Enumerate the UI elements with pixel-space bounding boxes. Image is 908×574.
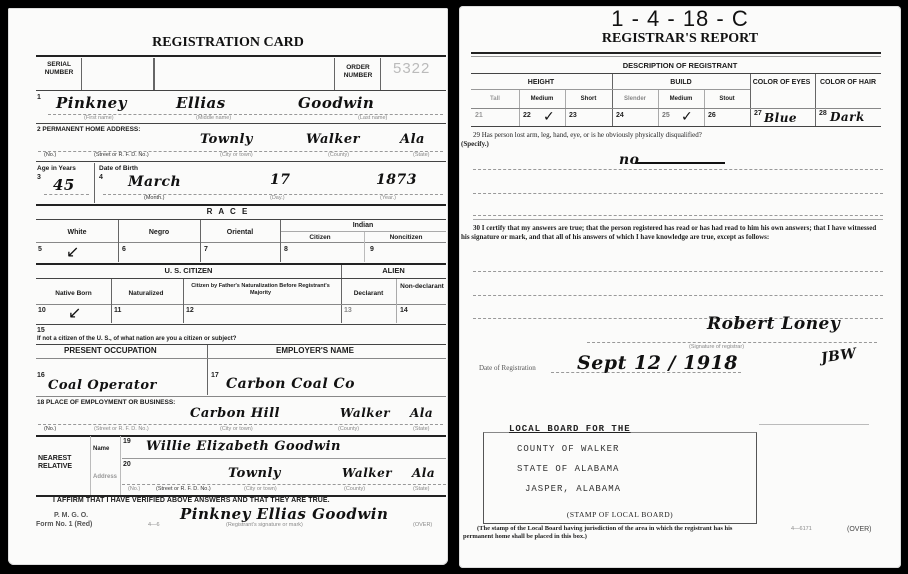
divider: [36, 344, 446, 345]
divider: [36, 435, 446, 437]
registration-card-front: REGISTRATION CARD SERIAL NUMBER ORDER NU…: [8, 8, 448, 565]
form-code: 4—6171: [791, 526, 812, 532]
no-label: (No.): [44, 426, 56, 432]
relative-name-label: Name: [93, 445, 109, 453]
divider: [36, 204, 446, 206]
affirmation-text: I AFFIRM THAT I HAVE VERIFIED ABOVE ANSW…: [53, 497, 330, 505]
field-number: 26: [708, 112, 716, 119]
divider: [36, 242, 446, 243]
year-label: (Year.): [380, 195, 396, 201]
stamp-note: (The stamp of the Local Board having jur…: [463, 525, 763, 541]
field-number: 16: [37, 372, 45, 379]
non-declarant-label: Non-declarant: [398, 283, 446, 291]
field-number: 25: [662, 112, 670, 119]
field-number: 22: [523, 112, 531, 119]
divider: [473, 215, 883, 216]
serial-number-label: SERIAL NUMBER: [38, 61, 80, 77]
registrars-report-title: REGISTRAR'S REPORT: [459, 31, 901, 47]
registrars-report: 1 - 4 - 18 - C REGISTRAR'S REPORT DESCRI…: [459, 6, 901, 568]
relative-address-label: Address: [93, 473, 117, 481]
last-name-value: Goodwin: [298, 94, 374, 112]
field-number: 28: [819, 110, 827, 117]
stamp-line-1: LOCAL BOARD FOR THE: [509, 424, 631, 434]
divider: [200, 220, 201, 262]
permanent-address-label: 2 PERMANENT HOME ADDRESS:: [37, 126, 140, 134]
employer-value: Carbon Coal Co: [226, 376, 355, 392]
registrar-signature-label: (Signature of registrar): [689, 344, 744, 350]
divider: [81, 58, 82, 90]
state-label: (State): [413, 152, 430, 158]
native-born-checkmark: ↙: [68, 303, 81, 322]
race-oriental-label: Oriental: [200, 229, 280, 237]
divider: [36, 123, 446, 124]
alien-title: ALIEN: [341, 267, 446, 275]
hair-color-value: Dark: [830, 110, 865, 124]
relative-name-value: Willie Elizabeth Goodwin: [146, 439, 341, 454]
field-number: 4: [99, 174, 103, 181]
signature-label: (Registrant's signature or mark): [226, 522, 303, 528]
build-label: BUILD: [612, 79, 750, 87]
registrant-signature: Pinkney Ellias Goodwin: [180, 505, 388, 523]
specify-label: (Specify.): [461, 140, 489, 149]
form-code: 4—6: [148, 522, 160, 528]
employment-county-value: Walker: [340, 406, 390, 420]
divider: [111, 279, 112, 323]
build-medium-checkmark: ✓: [681, 109, 693, 125]
divider: [380, 58, 381, 90]
height-tall-label: Tall: [471, 95, 519, 103]
stamp-code: 1 - 4 - 18 - C: [459, 6, 901, 32]
divider: [38, 424, 443, 425]
registrar-initials: JBW: [820, 346, 858, 367]
first-name-label: (First name): [84, 115, 114, 121]
relative-state-value: Ala: [412, 466, 435, 480]
divider: [280, 220, 281, 262]
divider: [118, 220, 119, 262]
hair-color-label: COLOR OF HAIR: [815, 79, 881, 87]
home-city-value: Townly: [200, 132, 253, 147]
relative-city-value: Townly: [228, 466, 281, 481]
race-white-label: White: [36, 229, 118, 237]
description-title: DESCRIPTION OF REGISTRANT: [459, 62, 901, 70]
divider: [471, 126, 881, 127]
birth-month-value: March: [128, 174, 181, 190]
field-number: 3: [37, 174, 41, 181]
employment-city-value: Carbon Hill: [190, 406, 280, 421]
nearest-relative-label: NEAREST RELATIVE: [38, 455, 88, 471]
field-number: 10: [38, 307, 46, 314]
first-name-value: Pinkney: [56, 94, 127, 112]
height-short-label: Short: [565, 95, 612, 103]
divider: [122, 458, 446, 459]
day-label: (Day.): [270, 195, 285, 201]
build-slender-label: Slender: [612, 95, 658, 103]
field-number: 20: [123, 461, 131, 468]
serial-number-value: [83, 63, 153, 83]
divider: [36, 358, 446, 359]
physical-disqualification-question: 29 Has person lost arm, leg, hand, eye, …: [473, 131, 893, 140]
divider: [759, 424, 869, 425]
us-citizen-title: U. S. CITIZEN: [36, 267, 341, 275]
field-number: 27: [754, 110, 762, 117]
race-indian-citizen-label: Citizen: [280, 234, 360, 242]
stamp-line-3: STATE OF ALABAMA: [517, 464, 619, 474]
county-label: (County): [338, 426, 359, 432]
build-stout-label: Stout: [704, 95, 750, 103]
field-number: 6: [122, 246, 126, 253]
divider: [471, 89, 750, 90]
divider: [36, 55, 446, 57]
field-number: 7: [204, 246, 208, 253]
relative-county-value: Walker: [342, 466, 392, 480]
divider: [90, 436, 91, 496]
divider: [471, 73, 881, 74]
field-number: 15: [37, 327, 45, 334]
physical-disqualification-value: no: [619, 152, 640, 168]
last-name-label: (Last name): [358, 115, 387, 121]
stamp-caption: (STAMP OF LOCAL BOARD): [483, 510, 757, 519]
divider: [36, 396, 446, 397]
divider: [635, 162, 725, 164]
native-born-label: Native Born: [36, 290, 111, 298]
no-label: (No.): [44, 152, 56, 158]
divider: [396, 279, 397, 323]
field-number: 23: [569, 112, 577, 119]
divider: [473, 169, 883, 170]
field-number: 5: [38, 246, 42, 253]
county-label: (County): [328, 152, 349, 158]
field-number: 17: [211, 372, 219, 379]
registrar-signature: Robert Loney: [707, 314, 840, 334]
field-number: 1: [37, 94, 41, 101]
no-label: (No.): [128, 486, 140, 492]
middle-name-label: (Middle name): [196, 115, 231, 121]
employment-state-value: Ala: [410, 406, 433, 420]
certification-text: 30 I certify that my answers are true; t…: [461, 224, 881, 241]
height-label: HEIGHT: [471, 79, 611, 87]
height-medium-label: Medium: [519, 95, 565, 103]
stamp-line-2: COUNTY OF WALKER: [517, 444, 619, 454]
divider: [44, 194, 89, 195]
divider: [36, 263, 446, 265]
occupation-value: Coal Operator: [48, 378, 157, 393]
eye-color-label: COLOR OF EYES: [750, 79, 813, 87]
divider: [207, 345, 208, 395]
race-indian-noncitizen-label: Noncitizen: [366, 234, 446, 242]
divider: [473, 193, 883, 194]
divider: [334, 58, 335, 90]
state-label: (State): [413, 426, 430, 432]
race-white-checkmark: ↙: [66, 242, 79, 261]
divider: [183, 279, 184, 323]
divider: [36, 304, 446, 305]
citizen-by-father-label: Citizen by Father's Naturalization Befor…: [183, 283, 338, 297]
field-number: 8: [284, 246, 288, 253]
employment-place-label: 18 PLACE OF EMPLOYMENT OR BUSINESS:: [37, 399, 175, 407]
naturalized-label: Naturalized: [111, 290, 181, 298]
age-value: 45: [53, 176, 75, 194]
age-label: Age in Years: [37, 165, 76, 173]
divider: [94, 163, 95, 203]
race-negro-label: Negro: [118, 229, 200, 237]
state-label: (State): [413, 486, 430, 492]
registration-date-value: Sept 12 / 1918: [577, 352, 738, 374]
month-label: (Month.): [144, 195, 164, 201]
divider: [36, 278, 446, 279]
over-label: (OVER): [847, 526, 872, 533]
divider: [471, 108, 881, 109]
build-medium-label: Medium: [658, 95, 704, 103]
field-number: 11: [114, 307, 121, 314]
nation-question-label: If not a citizen of the U. S., of what n…: [37, 335, 236, 343]
divider: [473, 295, 883, 296]
home-state-value: Ala: [400, 132, 425, 147]
registration-card-title: REGISTRATION CARD: [8, 35, 448, 51]
divider: [153, 58, 155, 90]
divider: [587, 342, 877, 343]
county-label: (County): [344, 486, 365, 492]
city-label: (City or town): [220, 152, 253, 158]
divider: [473, 219, 883, 220]
employer-label: EMPLOYER'S NAME: [276, 347, 354, 355]
form-id-line-1: P. M. G. O.: [54, 512, 88, 520]
divider: [36, 161, 446, 162]
field-number: 14: [400, 307, 408, 314]
divider: [36, 324, 446, 325]
form-id-line-2: Form No. 1 (Red): [36, 521, 92, 529]
divider: [551, 372, 741, 373]
field-number: 12: [186, 307, 194, 314]
height-medium-checkmark: ✓: [543, 109, 555, 125]
home-county-value: Walker: [306, 132, 360, 147]
city-label: (City or town): [244, 486, 277, 492]
city-label: (City or town): [220, 426, 253, 432]
street-label: (Street or R. F. D. No.): [94, 152, 149, 158]
middle-name-value: Ellias: [176, 94, 226, 112]
divider: [280, 231, 446, 232]
order-number-value: 5322: [393, 60, 430, 77]
divider: [471, 56, 881, 57]
declarant-label: Declarant: [341, 290, 396, 298]
street-label: (Street or R. F. D. No.): [94, 426, 149, 432]
divider: [36, 219, 446, 220]
street-label: (Street or R. F. D. No.): [156, 486, 211, 492]
birth-year-value: 1873: [376, 172, 417, 188]
divider: [471, 52, 881, 54]
field-number: 9: [370, 246, 374, 253]
field-number: 24: [616, 112, 624, 119]
occupation-label: PRESENT OCCUPATION: [64, 347, 157, 355]
field-number: 19: [123, 438, 131, 445]
field-number: 21: [475, 112, 483, 119]
birth-day-value: 17: [270, 172, 290, 188]
stamp-line-4: JASPER, ALABAMA: [525, 484, 621, 494]
over-label: (OVER): [413, 522, 432, 528]
dob-label: Date of Birth: [99, 165, 138, 173]
order-number-label: ORDER NUMBER: [336, 64, 380, 80]
divider: [122, 484, 446, 485]
race-indian-label: Indian: [280, 222, 446, 230]
divider: [120, 436, 121, 496]
divider: [364, 232, 365, 262]
divider: [36, 90, 446, 91]
eye-color-value: Blue: [764, 111, 797, 125]
divider: [473, 271, 883, 272]
registration-date-label: Date of Registration: [479, 364, 536, 373]
field-number: 13: [344, 307, 352, 314]
race-title: R A C E: [8, 208, 448, 216]
